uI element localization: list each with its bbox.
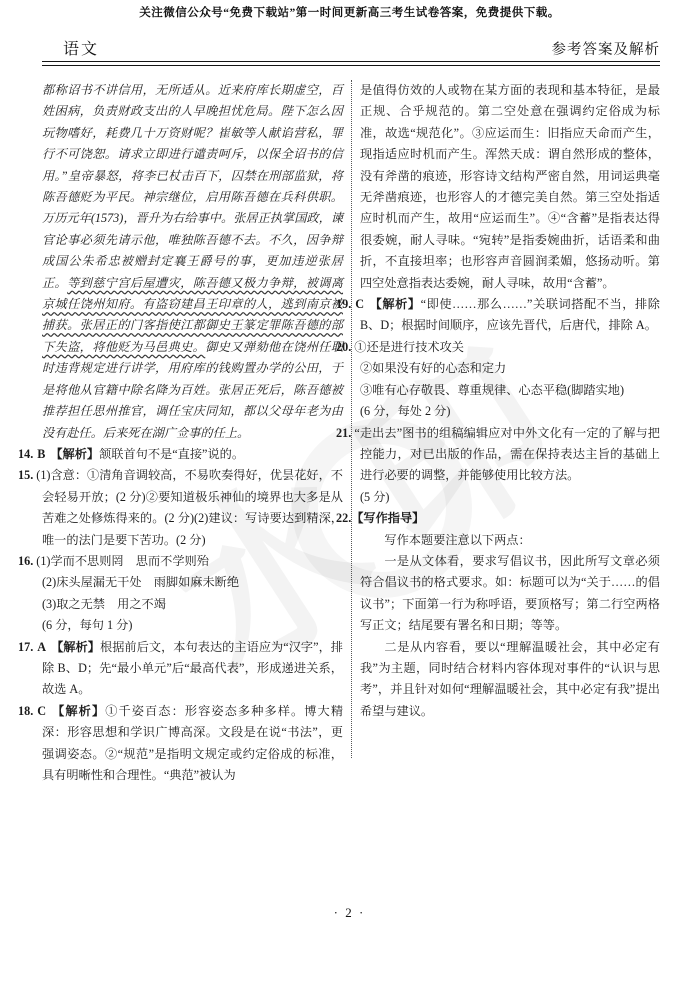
item-number: 22.	[336, 511, 351, 525]
analysis-label: 【解析】	[51, 704, 105, 718]
subject-title: 语文	[42, 36, 99, 59]
answer-text: “走出去”图书的组稿编辑应对中外文化有一定的了解与把控能力，对已出版的作品，需在…	[354, 426, 660, 483]
answer-item-15: 15. (1)含意：①清角音调较高，不易吹奏得好，优昙花好，不会轻易开放；(2 …	[42, 465, 343, 551]
writing-guide-paragraph: 二是从内容看，要以“理解温暖社会，其中必定有我”为主题，同时结合材料内容体现对事…	[360, 637, 660, 723]
answer-line: (2)床头屋漏无干处 雨脚如麻未断绝	[42, 572, 343, 593]
analysis-label: 【解析】	[50, 447, 99, 461]
analysis-label: 【解析】	[51, 640, 100, 654]
answer-item-21: 21. “走出去”图书的组稿编辑应对中外文化有一定的了解与把控能力，对已出版的作…	[360, 423, 660, 509]
item-number: 21.	[336, 426, 351, 440]
score-note: (6 分，每句 1 分)	[42, 615, 343, 636]
answer-item-22: 22.【写作指导】	[360, 508, 660, 529]
top-notice: 关注微信公众号“免费下载站”第一时间更新高三考生试卷答案，免费提供下载。	[0, 4, 699, 20]
item-number: 16.	[18, 554, 33, 568]
answer-item-16: 16. (1)学而不思则罔 思而不学则殆 (2)床头屋漏无干处 雨脚如麻未断绝 …	[42, 551, 343, 637]
item-number: 18.	[18, 704, 33, 718]
item-number: 19.	[336, 297, 351, 311]
score-note: (5 分)	[360, 487, 660, 508]
writing-guide-paragraph: 一是从文体看，要求写倡议书，因此所写文章必须符合倡议书的格式要求。如：标题可以为…	[360, 551, 660, 637]
analysis-label: 【解析】	[369, 297, 421, 311]
answer-item-19: 19.C【解析】“即使……那么……”关联词搭配不当，排除 B、D；根据时间顺序，…	[360, 294, 660, 337]
passage-pre: 都称诏书不讲信用，无所适从。近来府库长期虚空，百姓困病，负责财政支出的人早晚担忧…	[42, 83, 343, 290]
item-number: 15.	[18, 468, 33, 482]
answer-letter: C	[37, 704, 46, 718]
answer-line: (1)学而不思则罔 思而不学则殆	[36, 554, 209, 568]
answer-line: (3)取之无禁 用之不竭	[42, 594, 343, 615]
page-number: · 2 ·	[0, 905, 699, 921]
answers-header: 参考答案及解析	[552, 38, 661, 59]
item-number: 20.	[336, 340, 351, 354]
answer-letter: A	[37, 640, 46, 654]
answer-18-continuation: 是值得仿效的人或物在某方面的表现和基本特征，是最正规、合乎规范的。第二空处意在强…	[360, 80, 660, 294]
answer-item-14: 14.B【解析】颔联首句不是“直接”说的。	[42, 444, 343, 465]
masthead: 语文 参考答案及解析	[42, 36, 660, 59]
left-column: 都称诏书不讲信用，无所适从。近来府库长期虚空，百姓困病，负责财政支出的人早晚担忧…	[42, 80, 343, 786]
answer-letter: C	[355, 297, 364, 311]
answer-item-20: 20. ①还是进行技术攻关 ②如果没有好的心态和定力 ③唯有心存敬畏、尊重规律、…	[360, 337, 660, 423]
right-column: 是值得仿效的人或物在某方面的表现和基本特征，是最正规、合乎规范的。第二空处意在强…	[360, 80, 660, 786]
content-columns: 都称诏书不讲信用，无所适从。近来府库长期虚空，百姓困病，负责财政支出的人早晚担忧…	[42, 80, 660, 786]
answer-item-17: 17.A【解析】根据前后文，本句表达的主语应为“汉字”，排除 B、D；先“最小单…	[42, 637, 343, 701]
translation-passage: 都称诏书不讲信用，无所适从。近来府库长期虚空，百姓困病，负责财政支出的人早晚担忧…	[42, 80, 343, 444]
answer-line: ②如果没有好的心态和定力	[360, 358, 660, 379]
answer-line: ③唯有心存敬畏、尊重规律、心态平稳(脚踏实地)	[360, 380, 660, 401]
header-double-rule	[42, 61, 660, 66]
answer-text: (1)含意：①清角音调较高，不易吹奏得好，优昙花好，不会轻易开放；(2 分)②要…	[36, 468, 343, 546]
passage-post: 御史又弹劾他在饶州任职时违背规定进行讲学，用府库的钱购置办学的公田，于是将他从官…	[42, 340, 343, 440]
writing-guide-paragraph: 写作本题要注意以下两点：	[360, 530, 660, 551]
column-divider	[351, 80, 352, 758]
item-number: 17.	[18, 640, 33, 654]
item-number: 14.	[18, 447, 33, 461]
answer-text: 颔联首句不是“直接”说的。	[99, 447, 244, 461]
answer-line: ①还是进行技术攻关	[354, 340, 464, 354]
answer-item-18: 18.C【解析】①千姿百态：形容姿态多种多样。博大精深：形容思想和学识广博高深。…	[42, 701, 343, 787]
answer-letter: B	[37, 447, 45, 461]
answer-sheet-page: 关注微信公众号“免费下载站”第一时间更新高三考生试卷答案，免费提供下载。 语文 …	[0, 0, 699, 982]
score-note: (6 分，每处 2 分)	[360, 401, 660, 422]
writing-guide-label: 【写作指导】	[351, 511, 424, 525]
